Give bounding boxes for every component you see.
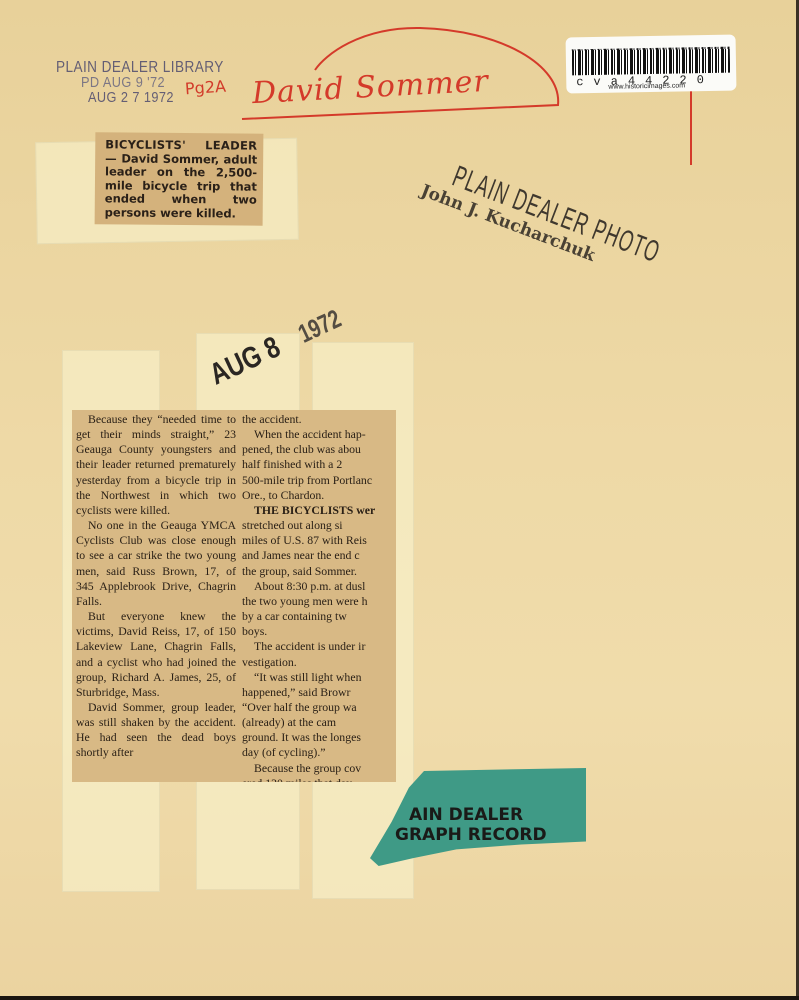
article-line: Ore., to Chardon. <box>242 488 396 503</box>
article-line: (already) at the cam <box>242 715 396 730</box>
record-label-text: AIN DEALER GRAPH RECORD <box>395 805 547 845</box>
barcode-icon <box>572 47 730 76</box>
article-line: vestigation. <box>242 655 396 670</box>
red-pencil-line <box>690 85 692 165</box>
article-paragraph: But everyone knew the victims, David Rei… <box>76 609 236 700</box>
record-label-line1: AIN DEALER <box>409 805 547 825</box>
article-line: The accident is under ir <box>242 639 396 654</box>
record-label-line2: GRAPH RECORD <box>395 825 547 845</box>
article-line: “It was still light when <box>242 670 396 685</box>
caption-body: David Sommer, adult leader on the 2,500-… <box>105 151 258 220</box>
caption-clipping: BICYCLISTS' LEADER — David Sommer, adult… <box>95 132 264 225</box>
article-column-2: the accident.When the accident hap-pened… <box>242 412 396 782</box>
article-line: THE BICYCLISTS wer <box>242 503 396 518</box>
library-stamp-name: PLAIN DEALER LIBRARY <box>56 60 224 75</box>
page-edge-bottom <box>0 996 799 1000</box>
article-line: miles of U.S. 87 with Reis <box>242 533 396 548</box>
article-line: Because the group cov <box>242 761 396 776</box>
article-line: and James near the end c <box>242 548 396 563</box>
article-line: the group, said Sommer. <box>242 564 396 579</box>
article-line: the two young men were h <box>242 594 396 609</box>
barcode-label: cva44220 www.historicimages.com <box>566 35 737 94</box>
barcode-url: www.historicimages.com <box>608 82 685 90</box>
article-line: When the accident hap- <box>242 427 396 442</box>
article-paragraph: David Sommer, group leader, was still sh… <box>76 700 236 761</box>
article-line: stretched out along si <box>242 518 396 533</box>
article-line: pened, the club was abou <box>242 442 396 457</box>
handwritten-page-note: Pg2A <box>184 77 226 99</box>
photographer-name: John J. Kucharchuk <box>418 181 790 340</box>
article-line: by a car containing tw <box>242 609 396 624</box>
article-clipping: Because they “needed time to get their m… <box>72 410 396 782</box>
article-line: About 8:30 p.m. at dusl <box>242 579 396 594</box>
article-paragraph: Because they “needed time to get their m… <box>76 412 236 518</box>
article-paragraph: No one in the Geauga YMCA Cyclists Club … <box>76 518 236 609</box>
article-line: the accident. <box>242 412 396 427</box>
article-line: 500-mile trip from Portlanc <box>242 473 396 488</box>
article-line: day (of cycling).” <box>242 745 396 760</box>
article-column-1: Because they “needed time to get their m… <box>76 412 236 761</box>
article-line: ground. It was the longes <box>242 730 396 745</box>
article-line: half finished with a 2 <box>242 457 396 472</box>
photo-credit-stamp: PLAIN DEALER PHOTO John J. Kucharchuk <box>441 160 799 340</box>
article-line: boys. <box>242 624 396 639</box>
article-line: happened,” said Browr <box>242 685 396 700</box>
article-line: “Over half the group wa <box>242 700 396 715</box>
article-line: ered 120 miles that day <box>242 776 396 782</box>
